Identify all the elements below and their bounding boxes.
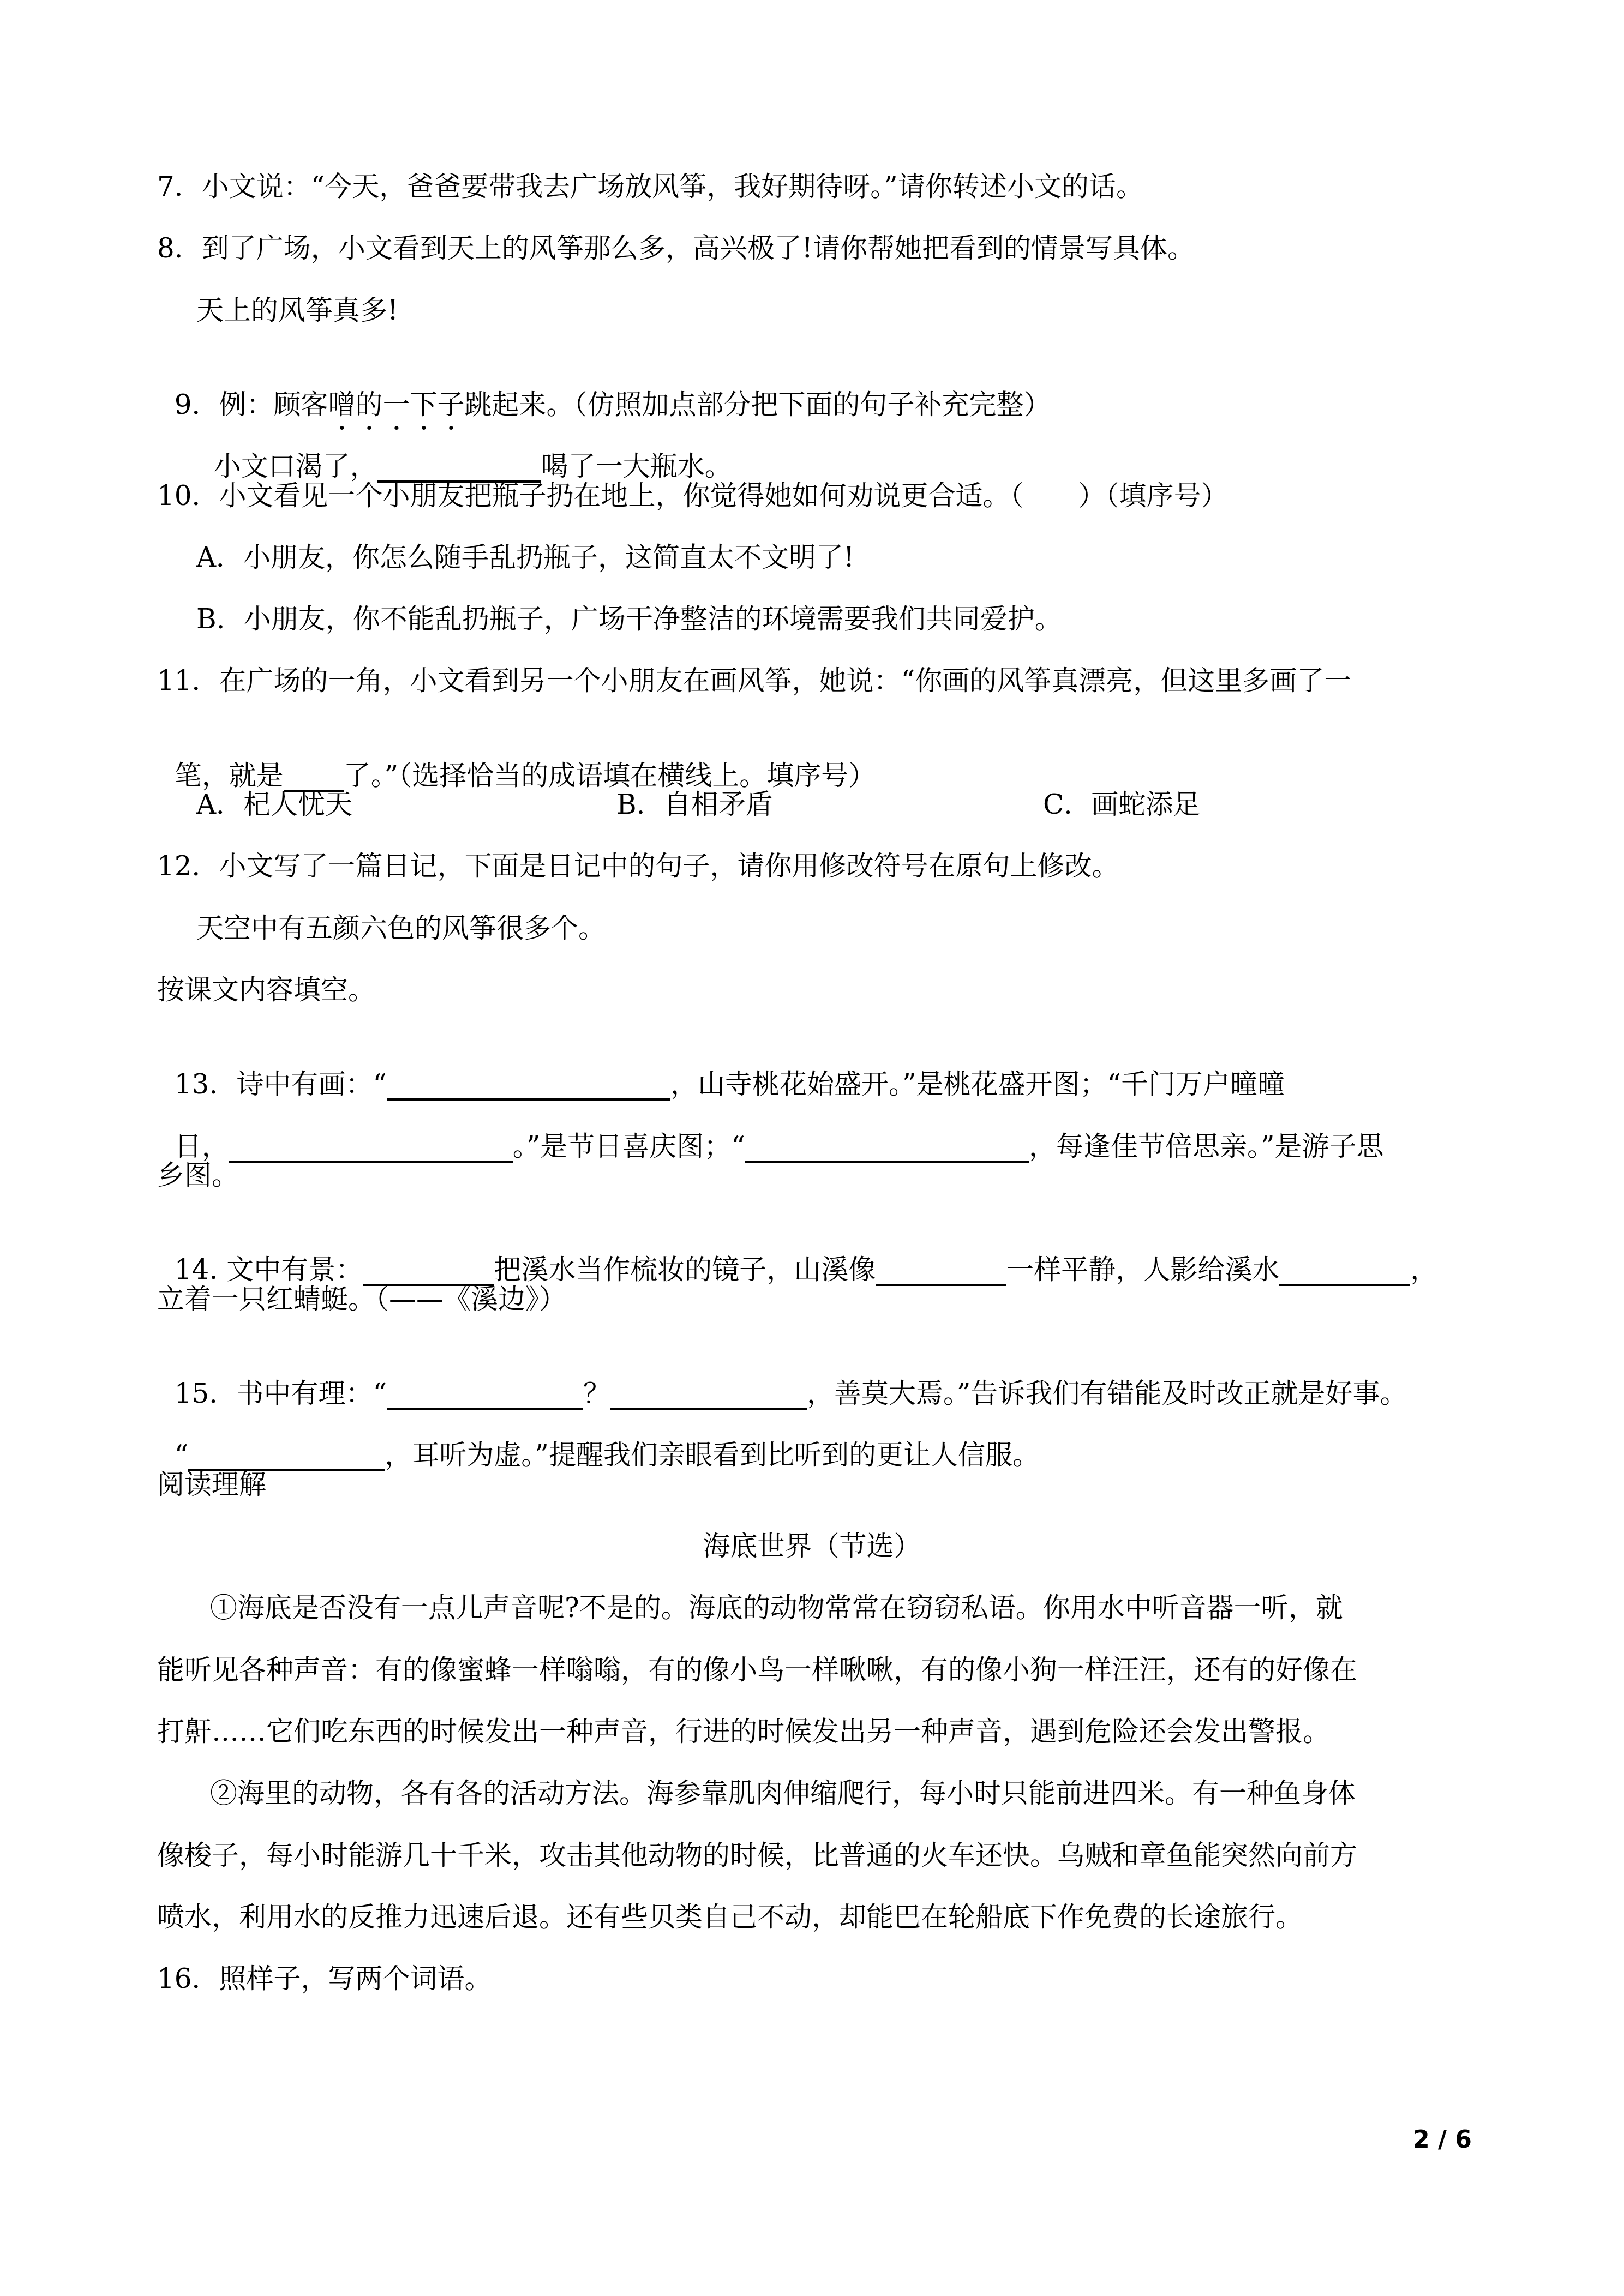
q9-line-a: 小文口渴了， [214,450,377,482]
passage-line: 像梭子，每小时能游几十千米，攻击其他动物的时候，比普通的火车还快。乌贼和章鱼能突… [157,1839,1357,1872]
q9-dotted-phrase: 噌的一下子 [328,389,465,420]
question-12: 12．小文写了一篇日记，下面是日记中的句子，请你用修改符号在原句上修改。 [157,850,1119,882]
question-11-line2: 笔，就是了。”（选择恰当的成语填在横线上。填序号） [157,726,876,792]
question-12-sentence: 天空中有五颜六色的风筝很多个。 [196,912,606,945]
q13-line2-a: 日， [175,1131,229,1162]
question-14-line2: 立着一只红蜻蜓。（——《溪边》） [157,1283,566,1315]
question-10-option-a: A．小朋友，你怎么随手乱扔瓶子，这简直太不文明了! [196,541,854,574]
question-10-option-b: B．小朋友，你不能乱扔瓶子，广场干净整洁的环境需要我们共同爱护。 [196,603,1062,635]
question-11-option-c: C．画蛇添足 [1043,788,1200,821]
passage-line: 能听见各种声音：有的像蜜蜂一样嗡嗡，有的像小鸟一样啾啾，有的像小狗一样汪汪，还有… [157,1654,1357,1686]
answer-blank[interactable] [387,1070,670,1101]
question-9-fill: 小文口渴了，喝了一大瓶水。 [196,417,732,483]
answer-blank[interactable] [229,1132,513,1163]
q9-prefix: 9．例：顾客 [175,389,328,420]
q13-b: ，山寺桃花始盛开。”是桃花盛开图；“千门万户曈曈 [670,1068,1285,1100]
question-10: 10．小文看见一个小朋友把瓶子扔在地上，你觉得她如何劝说更合适。（ ）（填序号） [157,479,1229,512]
q13-line2-b: 。”是节日喜庆图；“ [513,1131,745,1162]
q15-line2-a: “ [175,1439,189,1471]
q15-line2-b: ，耳听为虚。”提醒我们亲眼看到比听到的更让人信服。 [385,1439,1040,1471]
section-reading-heading: 阅读理解 [157,1468,266,1501]
answer-blank[interactable] [377,452,541,483]
answer-blank[interactable] [387,1379,583,1410]
q9-suffix: 跳起来。（仿照加点部分把下面的句子补充完整） [465,389,1051,420]
answer-blank[interactable] [876,1255,1006,1286]
q14-c: 一样平静，人影给溪水 [1006,1254,1279,1285]
q14-b: 把溪水当作梳妆的镜子，山溪像 [494,1254,876,1285]
section-fill-heading: 按课文内容填空。 [157,973,375,1006]
q13-line2-c: ，每逢佳节倍思亲。”是游子思 [1029,1131,1384,1162]
answer-blank[interactable] [188,1441,385,1471]
q9-line-b: 喝了一大瓶水。 [541,450,732,482]
answer-blank[interactable] [284,761,344,792]
question-13-line3: 乡图。 [157,1159,239,1192]
question-13: 13．诗中有画：“，山寺桃花始盛开。”是桃花盛开图；“千门万户曈曈 [157,1035,1285,1101]
page-number: 2 / 6 [1413,2126,1472,2154]
q11-line-a: 笔，就是 [175,760,284,791]
q15-c: ，善莫大焉。”告诉我们有错能及时改正就是好事。 [807,1378,1407,1409]
passage-line: ②海里的动物，各有各的活动方法。海参靠肌肉伸缩爬行，每小时只能前进四米。有一种鱼… [210,1777,1356,1810]
question-11: 11．在广场的一角，小文看到另一个小朋友在画风筝，她说：“你画的风筝真漂亮，但这… [157,664,1351,697]
q15-b: ？ [583,1378,610,1409]
question-7: 7．小文说：“今天，爸爸要带我去广场放风筝，我好期待呀。”请你转述小文的话。 [157,170,1143,203]
answer-blank[interactable] [745,1132,1029,1163]
q13-a: 13．诗中有画：“ [175,1068,387,1100]
answer-blank[interactable] [1279,1255,1410,1286]
question-15: 15．书中有理：“？，善莫大焉。”告诉我们有错能及时改正就是好事。 [157,1344,1407,1410]
q11-line-b: 了。”（选择恰当的成语填在横线上。填序号） [344,760,876,791]
q14-a: 14. 文中有景： [175,1254,363,1285]
q14-d: ， [1410,1254,1437,1285]
passage-line: 喷水，利用水的反推力迅速后退。还有些贝类自己不动，却能巴在轮船底下作免费的长途旅… [157,1901,1303,1933]
passage-title: 海底世界（节选） [0,1530,1624,1562]
q15-a: 15．书中有理：“ [175,1378,387,1409]
question-14: 14. 文中有景：把溪水当作梳妆的镜子，山溪像一样平静，人影给溪水， [157,1221,1437,1286]
question-13-line2: 日，。”是节日喜庆图；“，每逢佳节倍思亲。”是游子思 [157,1097,1383,1163]
question-16: 16．照样子，写两个词语。 [157,1962,492,1995]
passage-line: ①海底是否没有一点儿声音呢?不是的。海底的动物常常在窃窃私语。你用水中听音器一听… [210,1591,1343,1624]
passage-line: 打鼾……它们吃东西的时候发出一种声音，行进的时候发出另一种声音，遇到危险还会发出… [157,1715,1330,1748]
question-11-option-b: B．自相矛盾 [616,788,773,821]
question-11-option-a: A．杞人忧天 [196,788,352,821]
answer-blank[interactable] [363,1255,494,1286]
answer-blank[interactable] [610,1379,807,1410]
question-15-line2: “，耳听为虚。”提醒我们亲眼看到比听到的更让人信服。 [157,1406,1040,1471]
question-8: 8．到了广场，小文看到天上的风筝那么多，高兴极了!请你帮她把看到的情景写具体。 [157,232,1195,265]
question-8-prompt: 天上的风筝真多! [196,294,398,327]
